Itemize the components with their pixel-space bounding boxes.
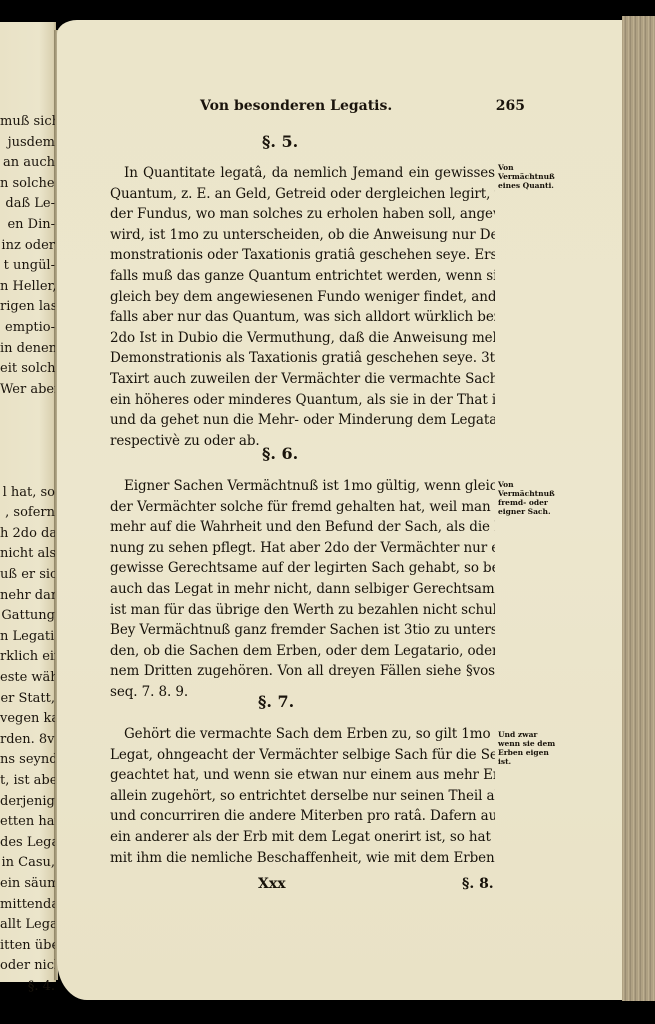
- text-line: ein höheres oder minderes Quantum, als s…: [110, 390, 495, 411]
- left-line: oder nicht: [0, 956, 55, 977]
- fore-edge: [622, 16, 655, 1001]
- text-line: wird, ist 1mo zu unterscheiden, ob die A…: [110, 225, 495, 246]
- left-line: muß sich: [0, 112, 55, 133]
- running-head: Von besonderen Legatis. 265: [200, 98, 525, 114]
- left-line: t, ist aber: [0, 771, 55, 792]
- left-line: in Casu,: [0, 853, 55, 874]
- text-line: den, ob die Sachen dem Erben, oder dem L…: [110, 641, 495, 662]
- left-line: uß er sich: [0, 565, 55, 586]
- left-line: nicht als: [0, 544, 55, 565]
- running-head-title: Von besonderen Legatis.: [200, 98, 392, 114]
- text-line: Taxirt auch zuweilen der Vermächter die …: [110, 369, 495, 390]
- left-line: , sofern: [0, 503, 55, 524]
- left-line: in denen: [0, 339, 55, 360]
- text-line: ist man für das übrige den Werth zu beza…: [110, 600, 495, 621]
- section-title-5: §. 5.: [262, 132, 298, 151]
- section-5-text: In Quantitate legatâ, da nemlich Jemand …: [110, 163, 495, 451]
- left-line: itten über-: [0, 936, 55, 957]
- left-line: emptio-: [0, 318, 55, 339]
- page-number: 265: [496, 98, 525, 114]
- left-line: n Heller,: [0, 277, 55, 298]
- text-line: Quantum, z. E. an Geld, Getreid oder der…: [110, 184, 495, 205]
- text-line: seq. 7. 8. 9.: [110, 682, 495, 703]
- text-line: Gehört die vermachte Sach dem Erben zu, …: [110, 724, 495, 745]
- left-line: rigen las-: [0, 297, 55, 318]
- section-title-7: §. 7.: [258, 692, 294, 711]
- text-line: Legat, ohngeacht der Vermächter selbige …: [110, 745, 495, 766]
- text-line: nem Dritten zugehören. Von all dreyen Fä…: [110, 661, 495, 682]
- left-line: §. 4.: [0, 977, 55, 998]
- left-line: rden. 8vo: [0, 730, 55, 751]
- left-line: este wäh-: [0, 668, 55, 689]
- text-line: mit ihm die nemliche Beschaffenheit, wie…: [110, 848, 495, 869]
- text-line: monstrationis oder Taxationis gratiâ ges…: [110, 245, 495, 266]
- text-line: allein zugehört, so entrichtet derselbe …: [110, 786, 495, 807]
- text-line: der Fundus, wo man solches zu erholen ha…: [110, 204, 495, 225]
- left-line: l hat, so: [0, 483, 55, 504]
- section-7-text: Gehört die vermachte Sach dem Erben zu, …: [110, 724, 495, 868]
- left-line: en Din-: [0, 215, 55, 236]
- left-line: etten hat,: [0, 812, 55, 833]
- text-line: In Quantitate legatâ, da nemlich Jemand …: [110, 163, 495, 184]
- margin-note-5: Von Vermächtnuß eines Quanti.: [498, 163, 558, 190]
- left-page-text: muß sich jusdem an auch n solches daß Le…: [0, 112, 55, 998]
- left-line: derjenige,: [0, 792, 55, 813]
- left-line: er Statt,: [0, 689, 55, 710]
- left-line: des Lega-: [0, 833, 55, 854]
- left-line: jusdem: [0, 133, 55, 154]
- left-line: n solches: [0, 174, 55, 195]
- text-line: falls aber nur das Quantum, was sich all…: [110, 307, 495, 328]
- left-line: n Legatis: [0, 627, 55, 648]
- margin-note-7: Und zwar wenn sie dem Erben eigen ist.: [498, 730, 558, 766]
- left-line: inz oder: [0, 236, 55, 257]
- text-line: Demonstrationis als Taxationis gratiâ ge…: [110, 348, 495, 369]
- text-line: Bey Vermächtnuß ganz fremder Sachen ist …: [110, 620, 495, 641]
- text-line: nung zu sehen pflegt. Hat aber 2do der V…: [110, 538, 495, 559]
- left-line: mittendæ: [0, 895, 55, 916]
- left-line: Wer aber: [0, 380, 55, 401]
- text-line: respectivè zu oder ab.: [110, 431, 495, 452]
- text-line: geachtet hat, und wenn sie etwan nur ein…: [110, 765, 495, 786]
- left-line: allt Lega-: [0, 915, 55, 936]
- text-line: auch das Legat in mehr nicht, dann selbi…: [110, 579, 495, 600]
- margin-note-6: Von Vermächtnuß fremd- oder eigner Sach.: [498, 480, 558, 516]
- text-line: mehr auf die Wahrheit und den Befund der…: [110, 517, 495, 538]
- signature-mark: Xxx: [258, 876, 286, 892]
- text-line: Eigner Sachen Vermächtnuß ist 1mo gültig…: [110, 476, 495, 497]
- section-title-6: §. 6.: [262, 444, 298, 463]
- section-6-text: Eigner Sachen Vermächtnuß ist 1mo gültig…: [110, 476, 495, 703]
- text-line: und da gehet nun die Mehr- oder Minderun…: [110, 410, 495, 431]
- left-line: an auch: [0, 153, 55, 174]
- text-line: gleich bey dem angewiesenen Fundo wenige…: [110, 287, 495, 308]
- text-line: falls muß das ganze Quantum entrichtet w…: [110, 266, 495, 287]
- text-line: ein anderer als der Erb mit dem Legat on…: [110, 827, 495, 848]
- left-line: h 2do das: [0, 524, 55, 545]
- left-line: vegen kan: [0, 709, 55, 730]
- left-line: eit solche: [0, 359, 55, 380]
- text-line: gewisse Gerechtsame auf der legirten Sac…: [110, 558, 495, 579]
- left-line: Gattung: [0, 606, 55, 627]
- left-line: nehr dann: [0, 586, 55, 607]
- left-line: ein säumi-: [0, 874, 55, 895]
- text-line: und concurriren die andere Miterben pro …: [110, 806, 495, 827]
- left-line: daß Le-: [0, 194, 55, 215]
- text-line: 2do Ist in Dubio die Vermuthung, daß die…: [110, 328, 495, 349]
- left-line: t ungül-: [0, 256, 55, 277]
- left-line: ns seynd,: [0, 750, 55, 771]
- left-line: rklich ein-: [0, 647, 55, 668]
- text-line: der Vermächter solche für fremd gehalten…: [110, 497, 495, 518]
- catchword: §. 8.: [462, 876, 494, 892]
